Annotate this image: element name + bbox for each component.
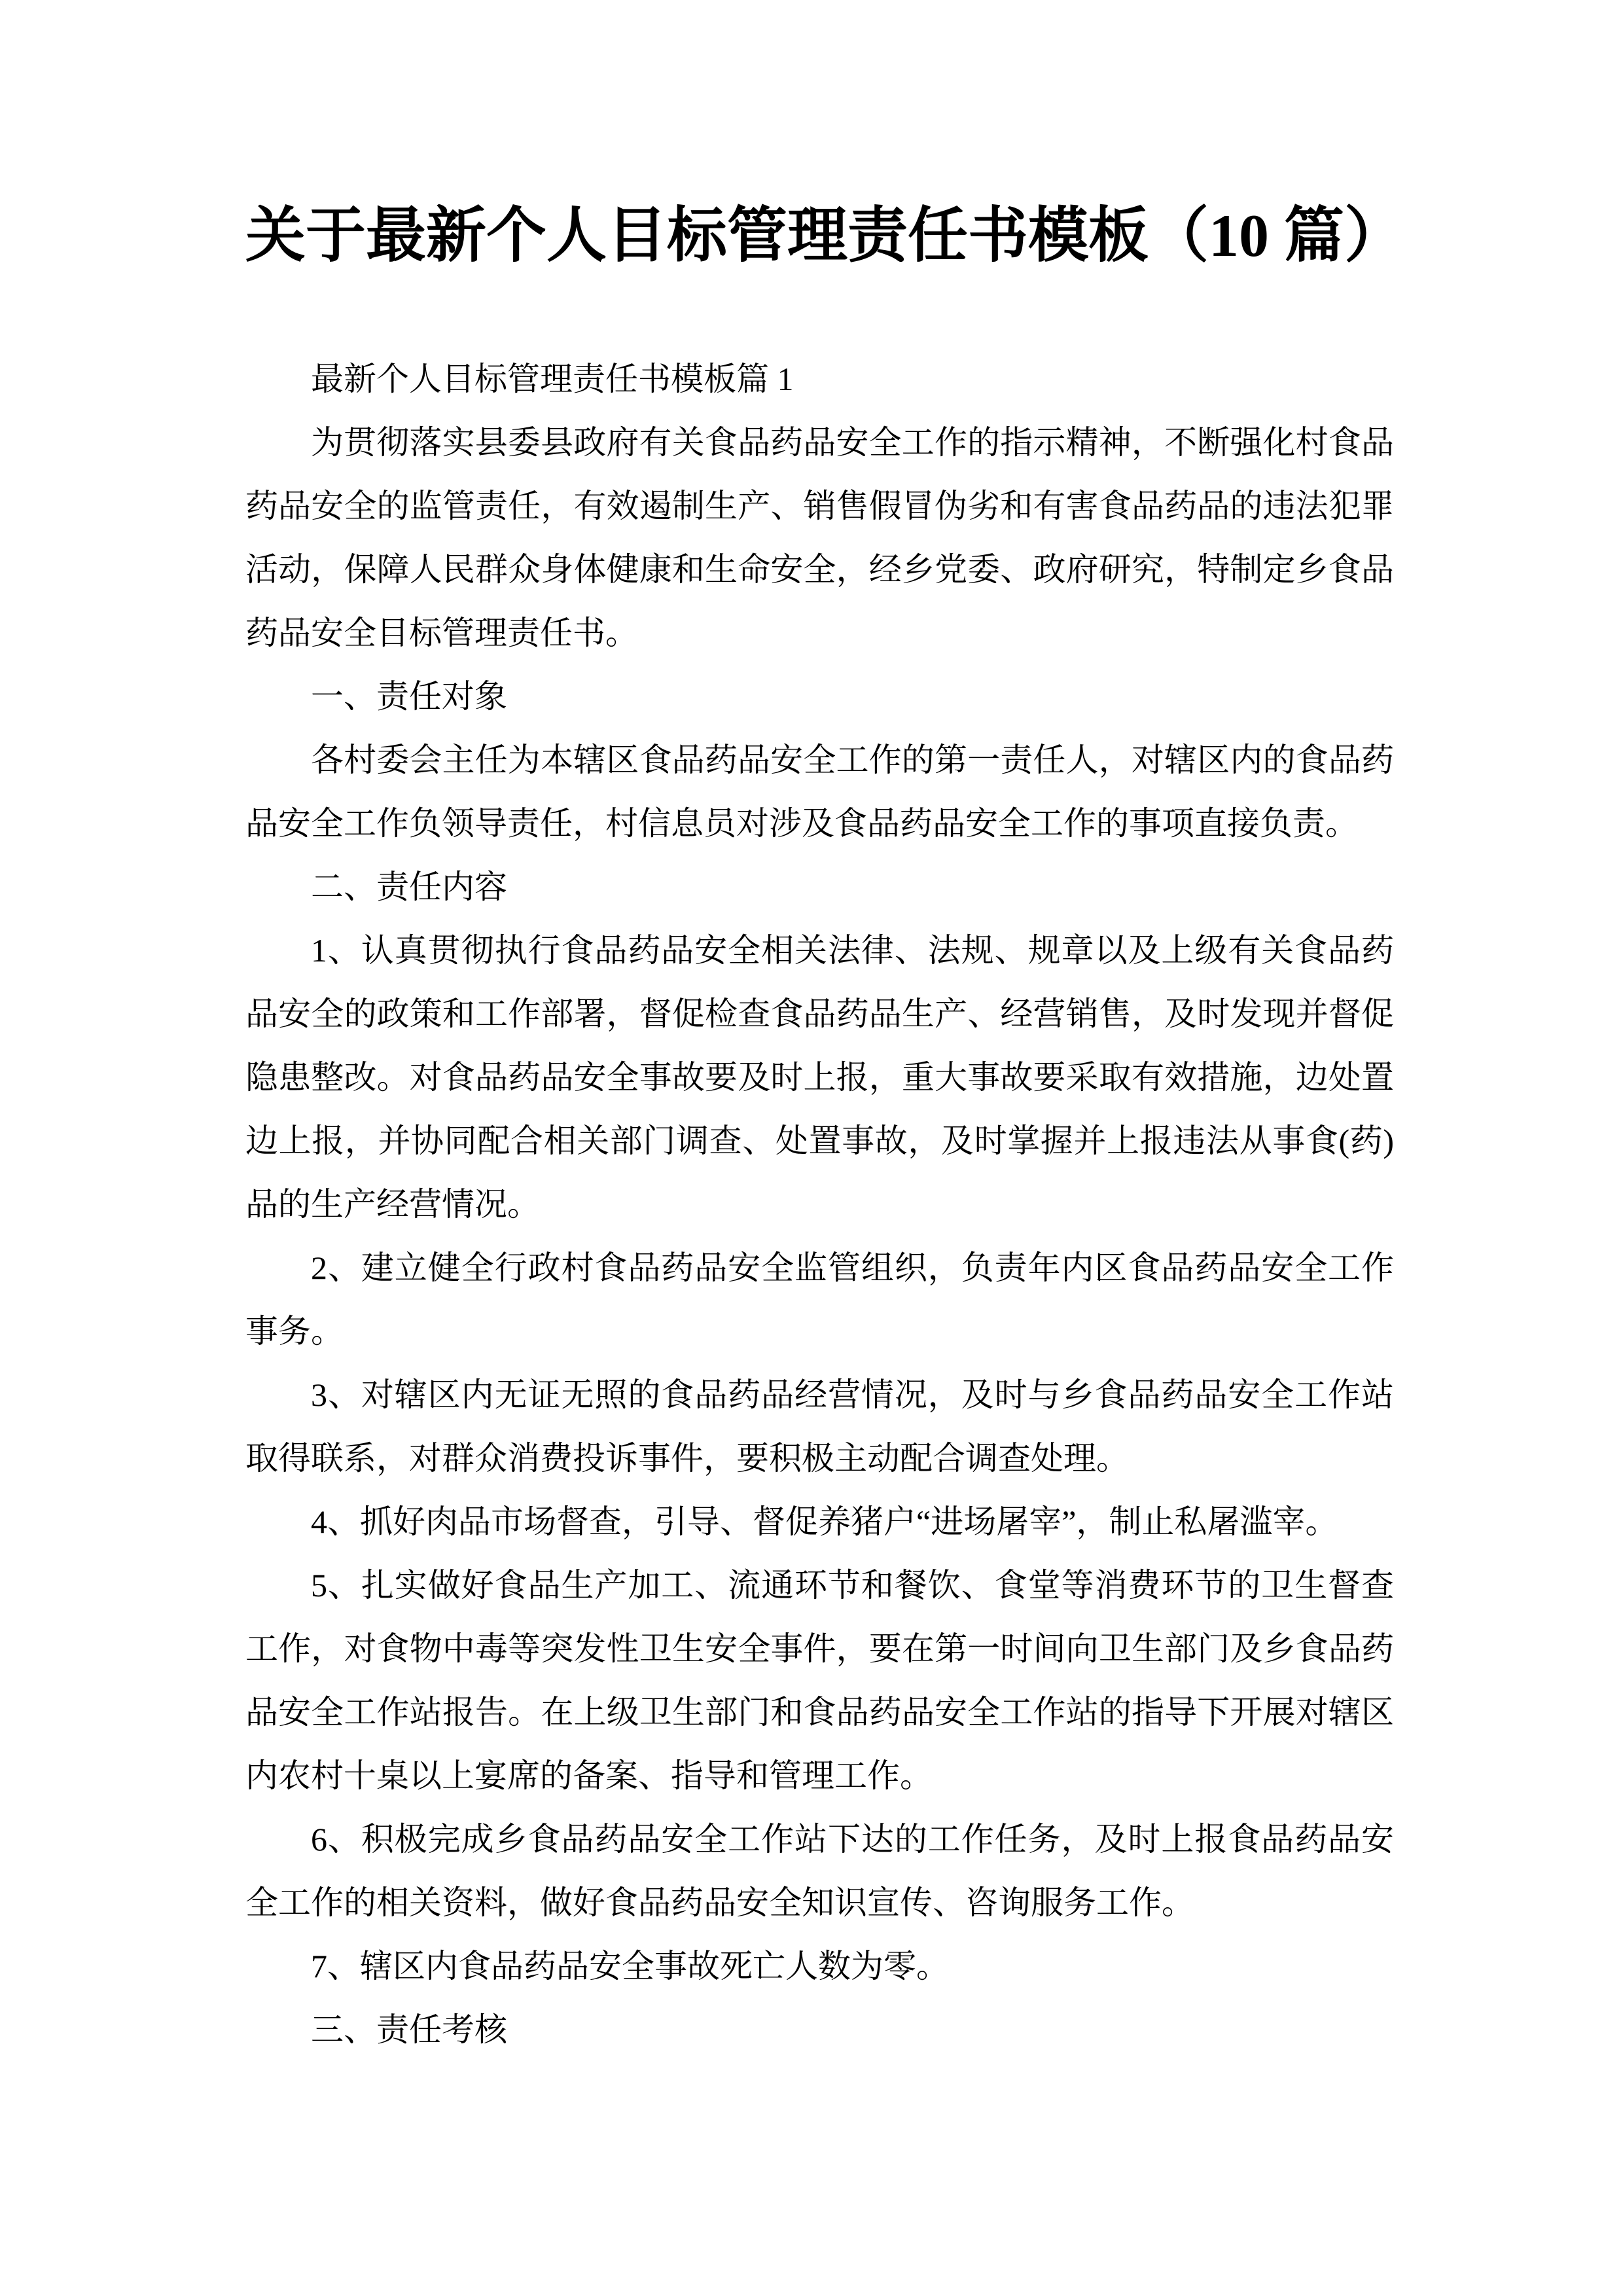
subtitle-template-1: 最新个人目标管理责任书模板篇 1	[245, 348, 1394, 411]
document-title: 关于最新个人目标管理责任书模板（10 篇）	[245, 203, 1394, 268]
heading-section-1-responsibility-target: 一、责任对象	[245, 665, 1394, 728]
list-item-2: 2、建立健全行政村食品药品安全监管组织，负责年内区食品药品安全工作事务。	[245, 1236, 1394, 1363]
list-item-5: 5、扎实做好食品生产加工、流通环节和餐饮、食堂等消费环节的卫生督查工作，对食物中…	[245, 1554, 1394, 1808]
paragraph-responsibility-target: 各村委会主任为本辖区食品药品安全工作的第一责任人，对辖区内的食品药品安全工作负领…	[245, 728, 1394, 855]
list-item-4: 4、抓好肉品市场督查，引导、督促养猪户“进场屠宰”，制止私屠滥宰。	[245, 1490, 1394, 1554]
list-item-3: 3、对辖区内无证无照的食品药品经营情况，及时与乡食品药品安全工作站取得联系，对群…	[245, 1363, 1394, 1490]
heading-section-2-responsibility-content: 二、责任内容	[245, 855, 1394, 919]
list-item-6: 6、积极完成乡食品药品安全工作站下达的工作任务，及时上报食品药品安全工作的相关资…	[245, 1808, 1394, 1935]
document-body: 最新个人目标管理责任书模板篇 1 为贯彻落实县委县政府有关食品药品安全工作的指示…	[245, 348, 1394, 2062]
list-item-1: 1、认真贯彻执行食品药品安全相关法律、法规、规章以及上级有关食品药品安全的政策和…	[245, 919, 1394, 1236]
list-item-7: 7、辖区内食品药品安全事故死亡人数为零。	[245, 1935, 1394, 1998]
paragraph-purpose: 为贯彻落实县委县政府有关食品药品安全工作的指示精神，不断强化村食品药品安全的监管…	[245, 411, 1394, 665]
heading-section-3-responsibility-assessment: 三、责任考核	[245, 1998, 1394, 2062]
document-page: 关于最新个人目标管理责任书模板（10 篇） 最新个人目标管理责任书模板篇 1 为…	[0, 0, 1623, 2296]
